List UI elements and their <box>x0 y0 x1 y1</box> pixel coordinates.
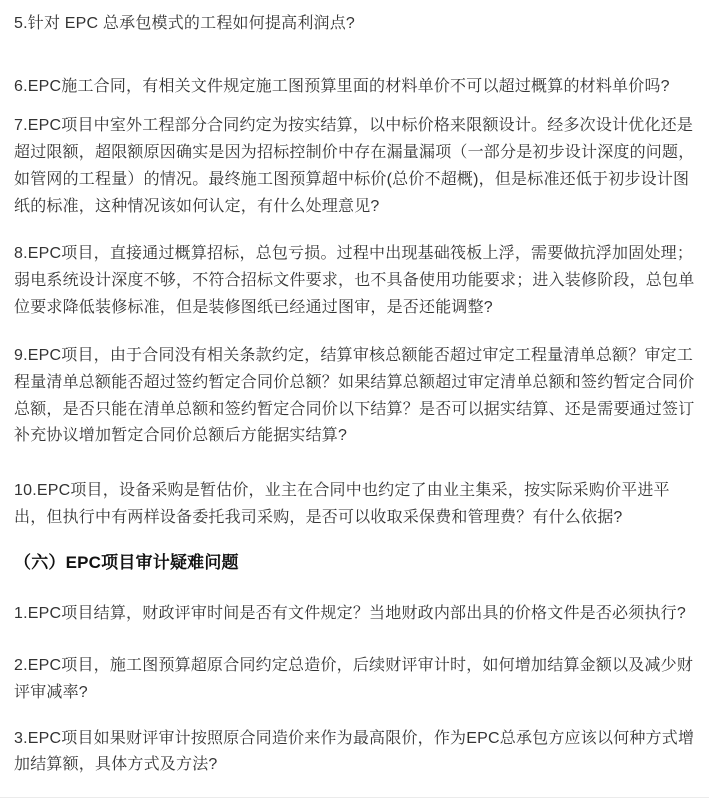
question-paragraph-5: 5.针对 EPC 总承包模式的工程如何提高利润点? <box>14 11 697 38</box>
section-heading: （六）EPC项目审计疑难问题 <box>14 549 697 576</box>
question-paragraph-6: 6.EPC施工合同，有相关文件规定施工图预算里面的材料单价不可以超过概算的材料单… <box>14 74 697 101</box>
bottom-divider <box>0 797 709 798</box>
question-paragraph-7: 7.EPC项目中室外工程部分合同约定为按实结算，以中标价格来限额设计。经多次设计… <box>14 113 697 220</box>
question-paragraph-s3: 3.EPC项目如果财评审计按照原合同造价来作为最高限价，作为EPC总承包方应该以… <box>14 726 697 779</box>
question-paragraph-9: 9.EPC项目，由于合同没有相关条款约定，结算审核总额能否超过审定工程量清单总额… <box>14 343 697 450</box>
question-paragraph-s2: 2.EPC项目，施工图预算超原合同约定总造价，后续财评审计时，如何增加结算金额以… <box>14 653 697 706</box>
question-paragraph-10: 10.EPC项目，设备采购是暂估价，业主在合同中也约定了由业主集采，按实际采购价… <box>14 478 697 531</box>
document-body: 5.针对 EPC 总承包模式的工程如何提高利润点? 6.EPC施工合同，有相关文… <box>14 11 697 779</box>
document-page: 5.针对 EPC 总承包模式的工程如何提高利润点? 6.EPC施工合同，有相关文… <box>0 0 709 805</box>
question-paragraph-s1: 1.EPC项目结算，财政评审时间是否有文件规定？当地财政内部出具的价格文件是否必… <box>14 601 697 628</box>
question-paragraph-8: 8.EPC项目，直接通过概算招标，总包亏损。过程中出现基础筏板上浮，需要做抗浮加… <box>14 241 697 321</box>
